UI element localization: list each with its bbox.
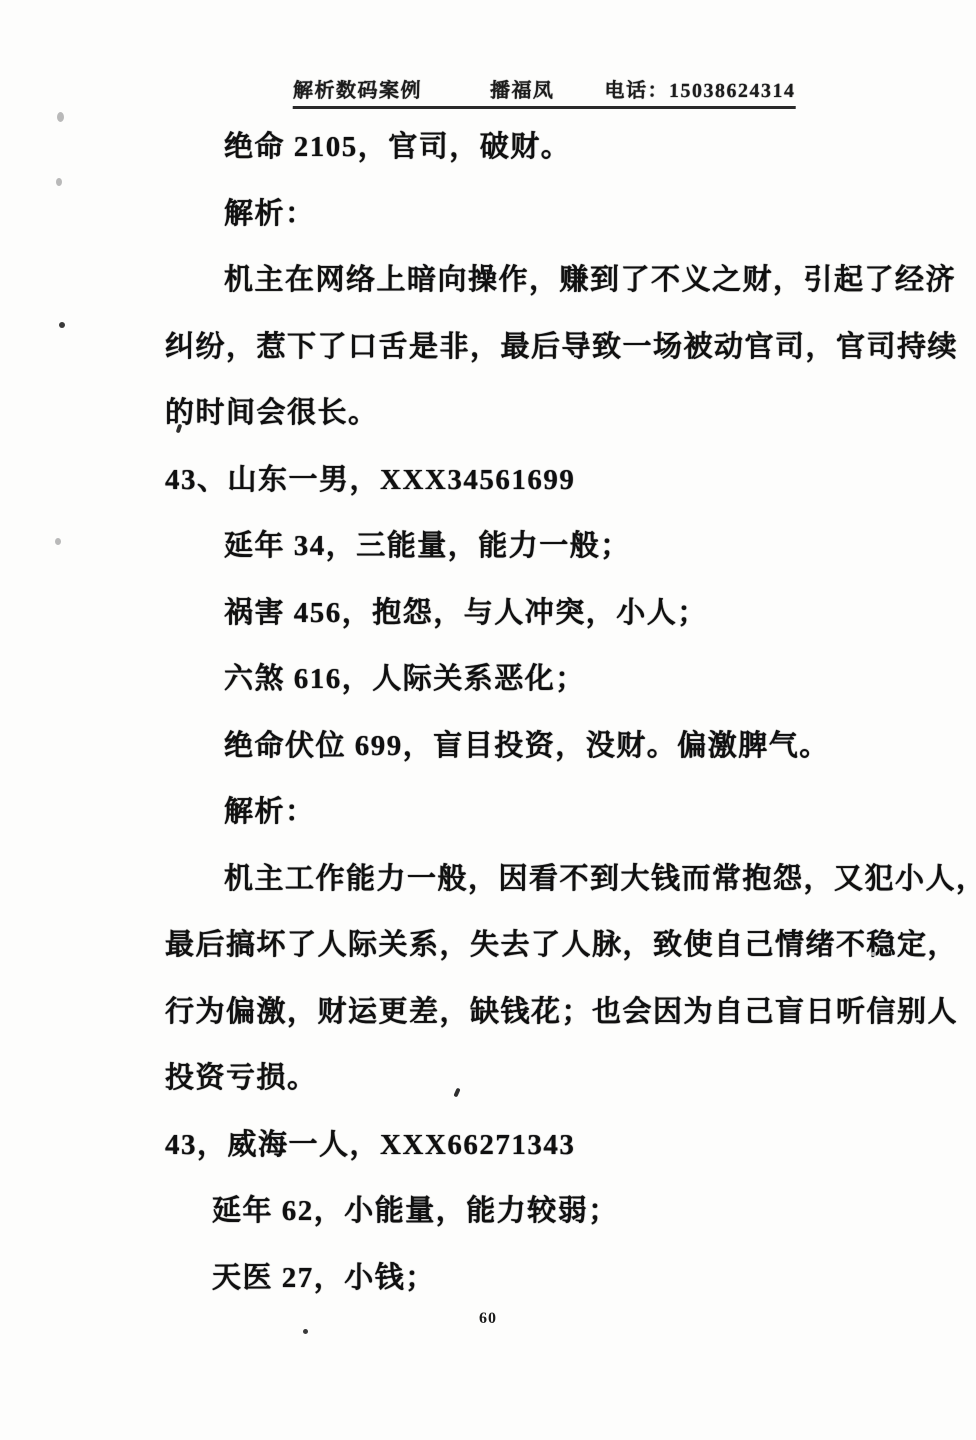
text-line-analysis-2c: 行为偏激，财运更差，缺钱花；也会因为自己盲日听信别人 <box>0 979 976 1046</box>
text-line-analysis-2a: 机主工作能力一般，因看不到大钱而常抱怨，又犯小人， <box>0 846 976 913</box>
text-line-analysis-1a: 机主在网络上暗向操作，赚到了不义之财，引起了经济 <box>0 247 976 314</box>
text-line-analysis-2b: 最后搞坏了人际关系，失去了人脉，致使自己情绪不稳定， <box>0 912 976 979</box>
text-line-analysis-2d: 投资亏损。 <box>0 1045 976 1112</box>
scan-speck-4 <box>55 538 61 545</box>
text-line-huohai-456: 祸害 456，抱怨，与人冲突，小人； <box>0 580 976 647</box>
text-line-analysis-1c: 的时间会很长。 <box>0 380 976 447</box>
scan-speck-2 <box>57 112 64 122</box>
scan-speck-3 <box>56 178 62 186</box>
case-heading-weihai: 43，威海一人，XXX66271343 <box>0 1112 976 1179</box>
header-title: 解析数码案例 <box>293 74 469 103</box>
text-line-juece-2105: 绝命 2105，官司，破财。 <box>0 114 976 181</box>
text-line-analysis-1b: 纠纷，惹下了口舌是非，最后导致一场被动官司，官司持续 <box>0 314 976 381</box>
case-heading-shandong: 43、山东一男，XXX34561699 <box>0 447 976 514</box>
scan-speck-1 <box>59 322 65 328</box>
scanned-document-page: 解析数码案例 播福凤 电话：15038624314 绝命 2105，官司，破财。… <box>0 0 976 1440</box>
text-line-jiexi-label-2: 解析： <box>0 779 976 846</box>
text-line-jiexi-label-1: 解析： <box>0 181 976 248</box>
page-header: 解析数码案例 播福凤 电话：15038624314 <box>293 74 796 109</box>
text-line-jueming-699: 绝命伏位 699，盲目投资，没财。偏激脾气。 <box>0 713 976 780</box>
header-author-name: 播福凤 <box>490 74 583 103</box>
text-line-liusha-616: 六煞 616，人际关系恶化； <box>0 646 976 713</box>
scan-speck-5 <box>303 1329 308 1334</box>
text-line-tianyi-27: 天医 27，小钱； <box>0 1245 976 1312</box>
text-line-yannian-62: 延年 62，小能量，能力较弱； <box>0 1178 976 1245</box>
header-phone: 电话：15038624314 <box>604 74 796 103</box>
document-body: 绝命 2105，官司，破财。 解析： 机主在网络上暗向操作，赚到了不义之财，引起… <box>0 114 976 1311</box>
scan-speck-6 <box>871 952 876 956</box>
page-number: 60 <box>0 1310 976 1328</box>
text-line-yannian-34: 延年 34，三能量，能力一般； <box>0 513 976 580</box>
